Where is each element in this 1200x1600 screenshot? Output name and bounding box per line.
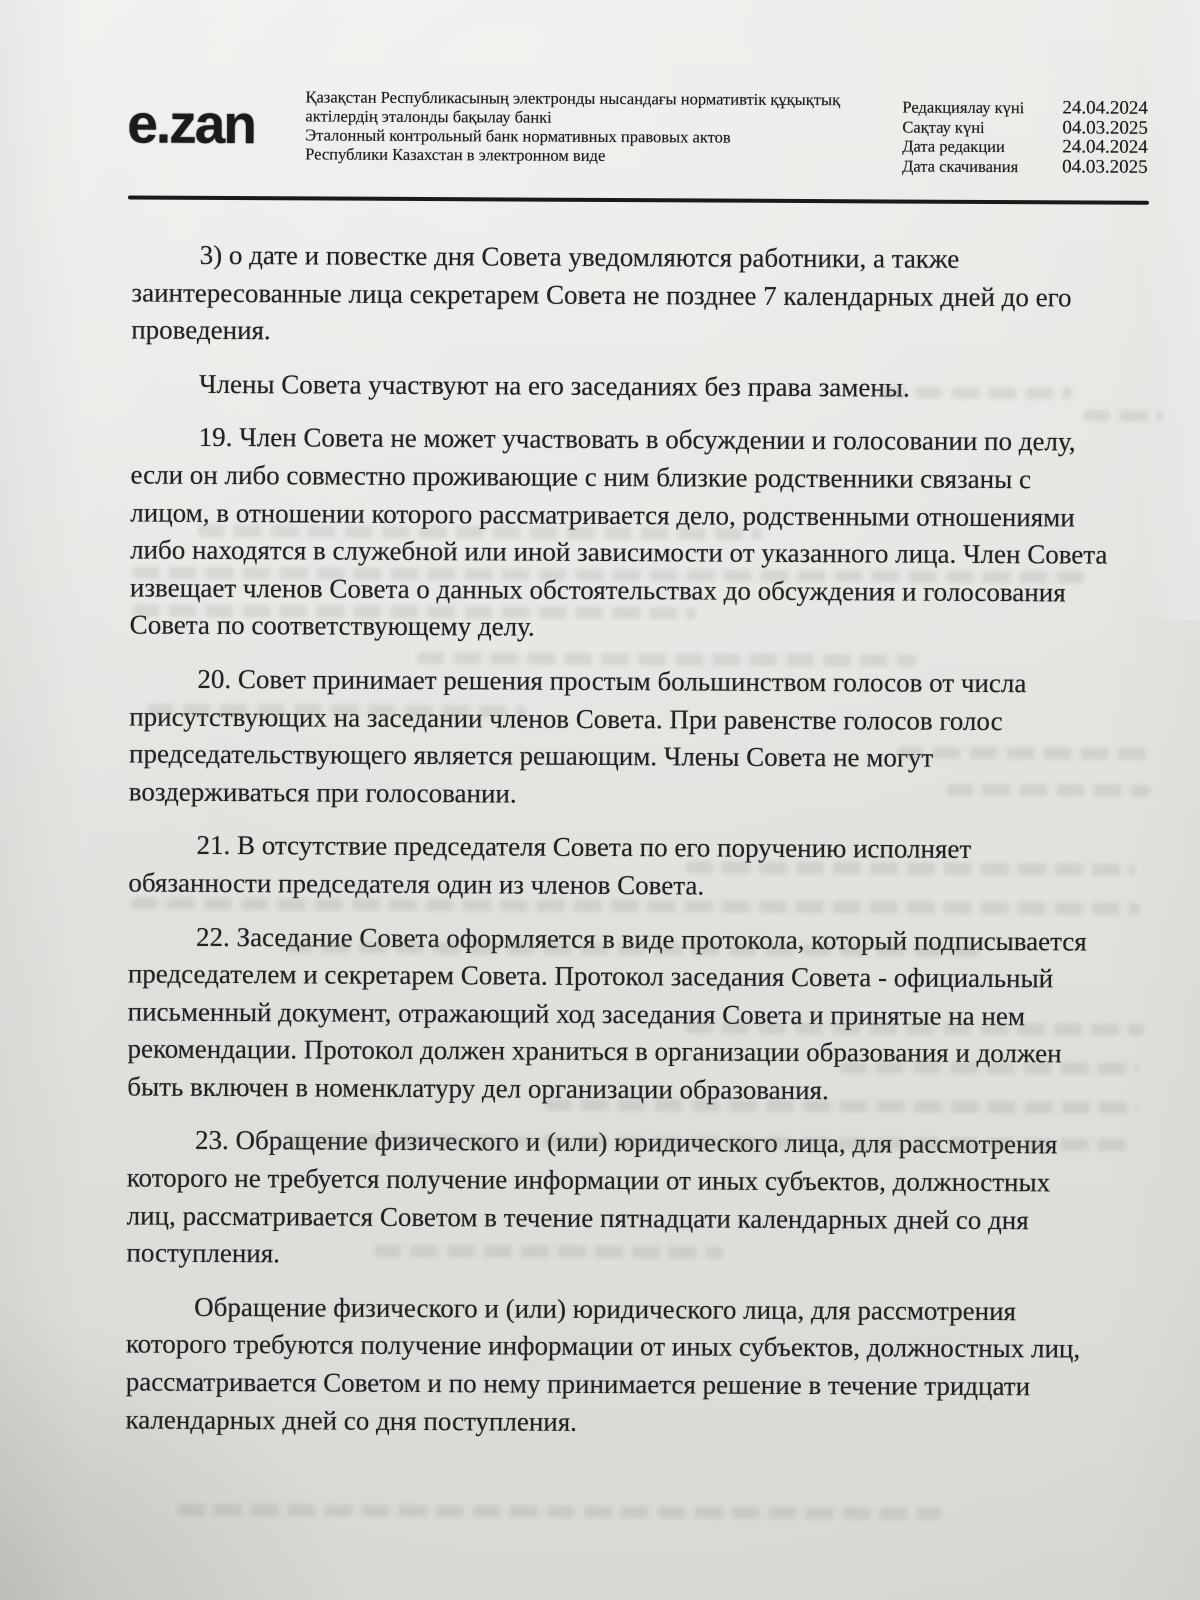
page-content: e.zan Қазақстан Республикасының электрон… — [0, 0, 1200, 1600]
meta-label-edit-date-ru: Дата редакции — [902, 137, 1062, 157]
ezan-logo: e.zan — [127, 96, 255, 152]
organization-title: Қазақстан Республикасының электронды ныс… — [305, 88, 865, 167]
document-paragraph: Обращение физического и (или) юридическо… — [125, 1288, 1104, 1443]
meta-label-save-date-kk: Сақтау күні — [902, 117, 1062, 137]
document-paragraph: 21. В отсутствие председателя Совета по … — [128, 827, 1106, 907]
document-paragraph: 20. Совет принимает решения простым боль… — [129, 660, 1108, 815]
document-dates: Редакциялау күні 24.04.2024 Сақтау күні … — [902, 98, 1148, 178]
document-text: 3) о дате и повестке дня Совета уведомля… — [125, 236, 1109, 1459]
document-paragraph: 23. Обращение физического и (или) юридич… — [126, 1122, 1105, 1277]
meta-label-edit-date-kk: Редакциялау күні — [902, 98, 1062, 118]
meta-value-download-date-ru: 04.03.2025 — [1062, 157, 1148, 177]
header-divider — [128, 195, 1149, 204]
document-paragraph: 22. Заседание Совета оформляется в виде … — [127, 918, 1106, 1111]
document-paragraph: Члены Совета участвуют на его заседаниях… — [131, 365, 1109, 408]
meta-value-save-date-kk: 04.03.2025 — [1062, 118, 1148, 138]
meta-label-download-date-ru: Дата скачивания — [902, 156, 1062, 176]
document-paragraph: 3) о дате и повестке дня Совета уведомля… — [131, 236, 1110, 354]
org-line-ru-2: Республики Казахстан в электронном виде — [305, 145, 865, 167]
bleed-through-artifact — [177, 1504, 942, 1520]
document-paragraph: 19. Член Совета не может участвовать в о… — [130, 419, 1109, 650]
scanned-page: e.zan Қазақстан Республикасының электрон… — [0, 0, 1200, 1600]
meta-value-edit-date-kk: 24.04.2024 — [1062, 98, 1148, 118]
meta-value-edit-date-ru: 24.04.2024 — [1062, 138, 1148, 158]
